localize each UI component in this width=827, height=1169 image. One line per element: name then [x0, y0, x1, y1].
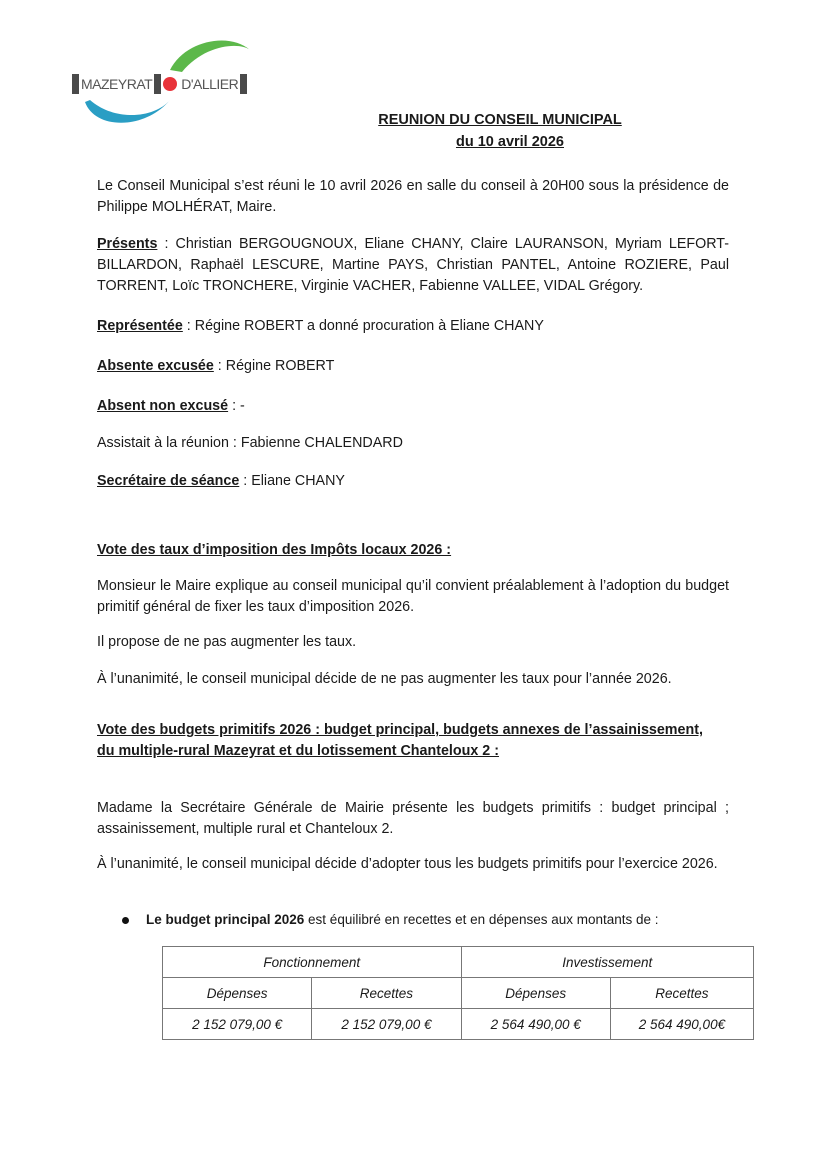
document-title: REUNION DU CONSEIL MUNICIPAL [370, 110, 630, 130]
section-budgets-paragraph-2: À l’unanimité, le conseil municipal déci… [97, 854, 729, 875]
intro-paragraph: Le Conseil Municipal s’est réuni le 10 a… [97, 176, 729, 218]
table-row: 2 152 079,00 € 2 152 079,00 € 2 564 490,… [163, 1009, 754, 1040]
subheader-invest-recettes: Recettes [610, 978, 753, 1009]
logo-bar-right [240, 74, 247, 94]
group-fonctionnement: Fonctionnement [163, 947, 462, 978]
subheader-fonct-recettes: Recettes [312, 978, 461, 1009]
mazeyrat-dallier-logo: MAZEYRAT D'ALLIER [70, 30, 270, 140]
presents-value: : Christian BERGOUGNOUX, Eliane CHANY, C… [97, 236, 729, 294]
section-taux-heading: Vote des taux d’imposition des Impôts lo… [97, 540, 729, 561]
logo-text: MAZEYRAT D'ALLIER [72, 74, 247, 94]
absent-non-excuse-label: Absent non excusé [97, 398, 228, 414]
representee-value: : Régine ROBERT a donné procuration à El… [183, 318, 544, 334]
logo-word-left: MAZEYRAT [79, 76, 154, 92]
bullet-text: est équilibré en recettes et en dépenses… [304, 912, 658, 927]
absente-excusee-value: : Régine ROBERT [214, 358, 335, 374]
logo-bar-left [72, 74, 79, 94]
assistait-line: Assistait à la réunion : Fabienne CHALEN… [97, 433, 729, 454]
table-group-row: Fonctionnement Investissement [163, 947, 754, 978]
section-taux-paragraph-3: À l’unanimité, le conseil municipal déci… [97, 669, 729, 690]
budget-principal-bullet: Le budget principal 2026 est équilibré e… [122, 912, 659, 927]
logo-bar-middle [154, 74, 161, 94]
section-budgets-heading: Vote des budgets primitifs 2026 : budget… [97, 720, 717, 762]
section-taux-paragraph-2: Il propose de ne pas augmenter les taux. [97, 632, 729, 653]
presents-label: Présents [97, 236, 157, 252]
absent-non-excuse-line: Absent non excusé : - [97, 396, 729, 417]
section-taux-paragraph-1: Monsieur le Maire explique au conseil mu… [97, 576, 729, 618]
value-fonct-recettes: 2 152 079,00 € [312, 1009, 461, 1040]
section-budgets-paragraph-1: Madame la Secrétaire Générale de Mairie … [97, 798, 729, 840]
bullet-icon [122, 917, 129, 924]
value-invest-recettes: 2 564 490,00€ [610, 1009, 753, 1040]
value-invest-depenses: 2 564 490,00 € [461, 1009, 610, 1040]
bullet-bold-text: Le budget principal 2026 [146, 912, 304, 927]
absent-non-excuse-value: : - [228, 398, 245, 414]
table-subheader-row: Dépenses Recettes Dépenses Recettes [163, 978, 754, 1009]
absente-excusee-line: Absente excusée : Régine ROBERT [97, 356, 729, 377]
representee-line: Représentée : Régine ROBERT a donné proc… [97, 316, 729, 337]
absente-excusee-label: Absente excusée [97, 358, 214, 374]
secretaire-label: Secrétaire de séance [97, 473, 239, 489]
representee-label: Représentée [97, 318, 183, 334]
presents-paragraph: Présents : Christian BERGOUGNOUX, Eliane… [97, 234, 729, 297]
subheader-invest-depenses: Dépenses [461, 978, 610, 1009]
budget-table: Fonctionnement Investissement Dépenses R… [162, 946, 754, 1040]
secretaire-value: : Eliane CHANY [239, 473, 345, 489]
red-dot-icon [163, 77, 177, 91]
document-header: REUNION DU CONSEIL MUNICIPAL du 10 avril… [370, 110, 630, 152]
document-date: du 10 avril 2026 [370, 132, 630, 152]
subheader-fonct-depenses: Dépenses [163, 978, 312, 1009]
secretaire-line: Secrétaire de séance : Eliane CHANY [97, 471, 729, 492]
logo-word-right: D'ALLIER [179, 76, 240, 92]
group-investissement: Investissement [461, 947, 753, 978]
value-fonct-depenses: 2 152 079,00 € [163, 1009, 312, 1040]
